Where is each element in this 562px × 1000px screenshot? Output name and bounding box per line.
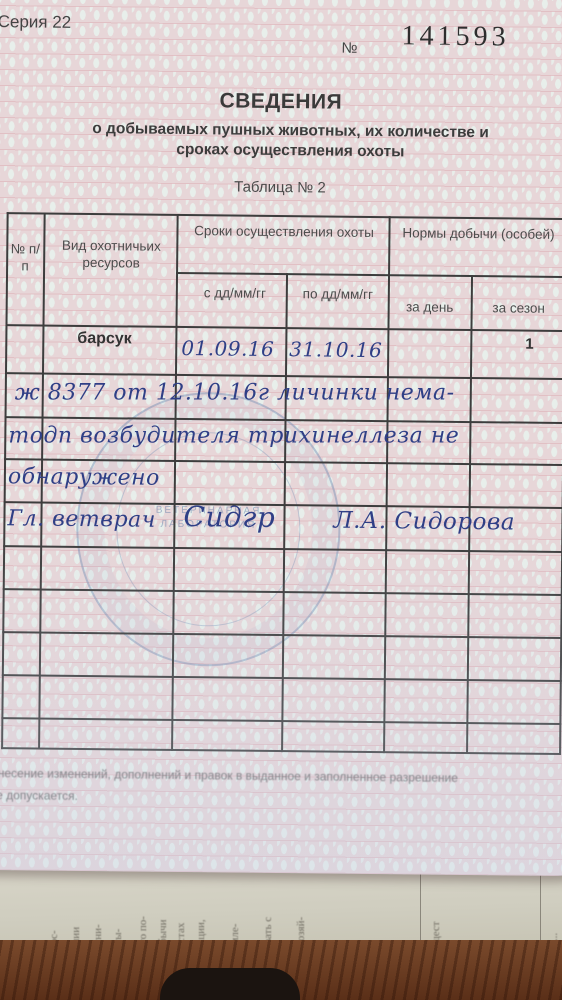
- number-sign: №: [341, 40, 357, 57]
- cell-quota-season: 1: [525, 336, 534, 353]
- header-quota: Нормы добычи (особей): [394, 224, 562, 243]
- footer-line: не допускается.: [0, 784, 562, 812]
- series-label: Серия 22: [0, 12, 71, 33]
- row-line: [5, 416, 562, 423]
- header-period: Сроки осуществления охоты: [186, 222, 381, 241]
- cell-date-from: 01.09.16: [181, 336, 274, 361]
- dark-object: [160, 968, 300, 1000]
- table-border-top: [7, 212, 562, 219]
- handwritten-signer-name: Л.А. Сидорова: [333, 508, 515, 536]
- header-period-to: по дд/мм/гг: [290, 285, 386, 303]
- document-number: 141593: [401, 20, 509, 53]
- header-divider: [176, 272, 562, 278]
- column-line: [281, 273, 288, 752]
- page-title: СВЕДЕНИЯ: [0, 87, 562, 117]
- underlying-rule-line: [540, 870, 541, 950]
- cell-resource: барсук: [77, 330, 132, 349]
- header-quota-day: за день: [390, 298, 470, 316]
- column-line: [171, 214, 178, 751]
- permit-page: Серия 22 № 141593 СВЕДЕНИЯ о добываемых …: [0, 0, 562, 876]
- table-label: Таблица № 2: [0, 176, 562, 199]
- footer-notice: Внесение изменений, дополнений и правок …: [0, 762, 562, 812]
- handwritten-note-line: ж 8377 от 12.10.16г личинки нема-: [15, 381, 455, 406]
- cell-date-to: 31.10.16: [289, 337, 382, 362]
- underlying-rule-line: [420, 870, 421, 950]
- header-resource: Вид охотничьих ресурсов: [56, 237, 166, 272]
- handwritten-note-line: тодп возбудителя трихинеллеза не: [8, 424, 459, 449]
- page-subtitle: о добываемых пушных животных, их количес…: [10, 118, 562, 164]
- handwritten-note-line: Гл. ветврач: [7, 506, 156, 533]
- header-period-from: с дд/мм/гг: [186, 284, 284, 302]
- row-line: [5, 372, 562, 379]
- handwritten-note-line: обнаружено: [8, 464, 160, 491]
- handwritten-signature: Сидгр: [183, 500, 275, 534]
- hunting-table: № п/п Вид охотничьих ресурсов Сроки осущ…: [1, 212, 562, 753]
- header-number: № п/п: [8, 240, 42, 274]
- header-quota-season: за сезон: [474, 299, 562, 317]
